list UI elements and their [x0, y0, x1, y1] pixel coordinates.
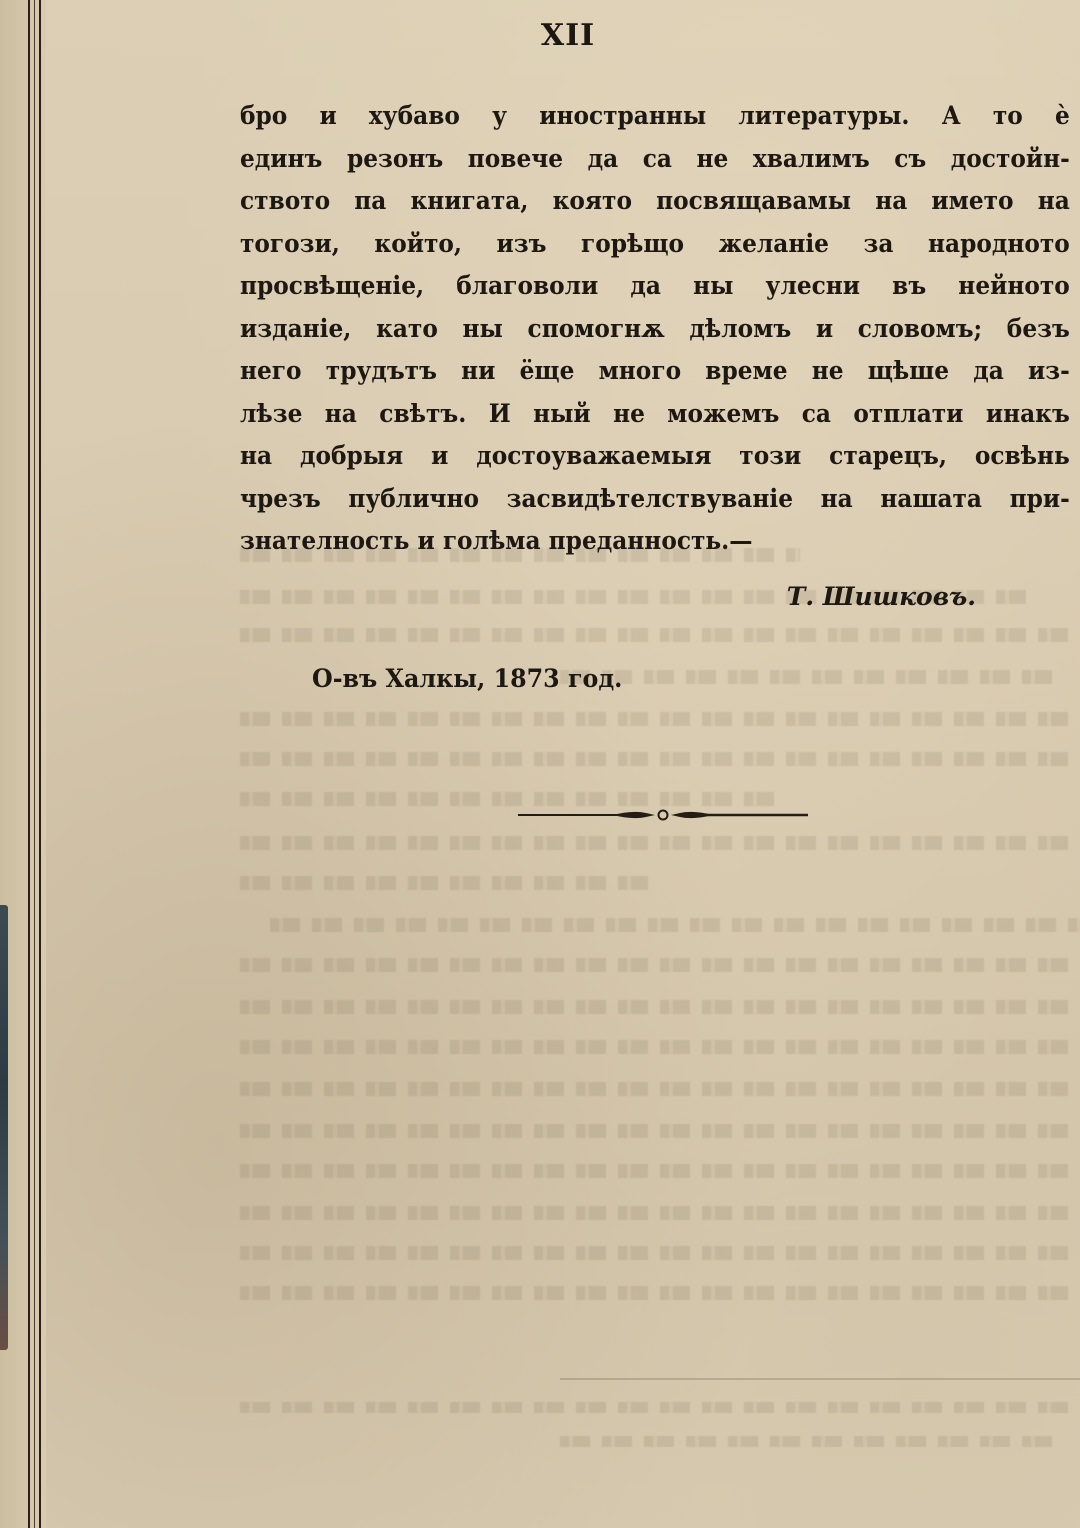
text-line: ството па книгата, която посвящавамы на …	[240, 180, 1070, 223]
text-line: знателность и голѣма преданность.—	[240, 520, 1070, 563]
binding-rule	[28, 0, 30, 1528]
text-line: единъ резонъ повече да са не хвалимъ съ …	[240, 138, 1070, 181]
text-line: просвѣщеніе, благоволи да ны улесни въ н…	[240, 265, 1070, 308]
page-number: XII	[28, 18, 1080, 53]
text-line: лѣзе на свѣтъ. И ный не можемъ са отплат…	[240, 393, 1070, 436]
binding-strip	[0, 0, 46, 1528]
binding-rule	[39, 0, 41, 1528]
place-and-date: О-въ Халкы, 1873 год.	[312, 664, 622, 693]
text-line: тогози, който, изъ горѣщо желаніе за нар…	[240, 223, 1070, 266]
text-line: него трудътъ ни ёще много време не щѣше …	[240, 350, 1070, 393]
text-line: изданіе, като ны спомогнѫ дѣломъ и слово…	[240, 308, 1070, 351]
ornament-divider-icon	[518, 806, 808, 824]
body-text: бро и хубаво у иностранны литературы. А …	[240, 95, 1070, 563]
text-line: на добрыя и достоуважаемыя този старецъ,…	[240, 435, 1070, 478]
text-line: бро и хубаво у иностранны литературы. А …	[240, 95, 1070, 138]
book-page: XII бро и хубаво у иностранны литературы…	[0, 0, 1080, 1528]
author-signature: Т. Шишковъ.	[787, 582, 976, 611]
binding-rule	[34, 0, 35, 1528]
binding-cloth	[0, 905, 8, 1350]
text-line: чрезъ публично засвидѣтелствуваніе на на…	[240, 478, 1070, 521]
